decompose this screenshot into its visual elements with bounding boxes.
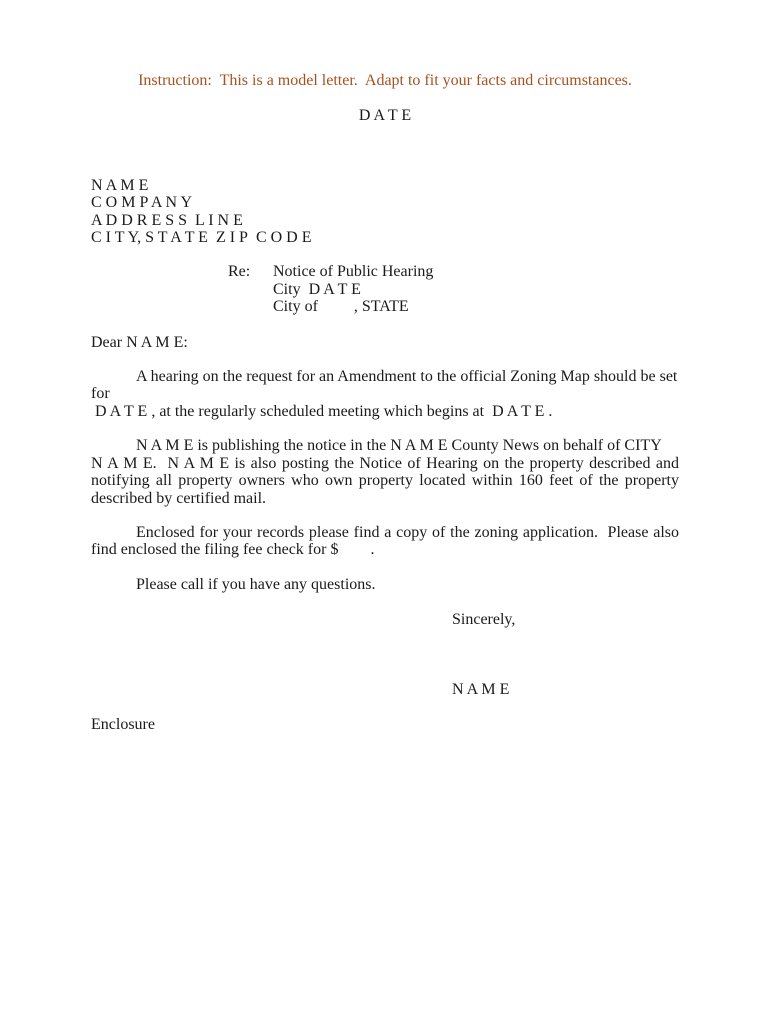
re-spacer	[228, 281, 273, 298]
paragraph-1-line-1: A hearing on the request for an Amendmen…	[91, 368, 677, 402]
valediction: Sincerely,	[452, 611, 679, 628]
recipient-city-state-zip: C I T Y, S T A T E Z I P C O D E	[91, 229, 679, 246]
recipient-address-block: N A M E C O M P A N Y A D D R E S S L I …	[91, 177, 679, 247]
paragraph-2-line-1: N A M E is publishing the notice in the …	[136, 437, 662, 454]
letter-page: Instruction: This is a model letter. Ada…	[0, 0, 770, 1024]
recipient-name: N A M E	[91, 177, 679, 194]
body-paragraph-4: Please call if you have any questions.	[91, 576, 679, 593]
instruction-note: Instruction: This is a model letter. Ada…	[91, 0, 679, 89]
enclosure-notation: Enclosure	[91, 716, 679, 733]
re-label: Re:	[228, 263, 273, 280]
paragraph-1-line-2: D A T E , at the regularly scheduled mee…	[91, 403, 552, 420]
re-subject: Notice of Public Hearing	[273, 263, 679, 280]
recipient-company: C O M P A N Y	[91, 194, 679, 211]
re-date-line: City D A T E	[273, 281, 679, 298]
salutation: Dear N A M E:	[91, 334, 679, 351]
paragraph-2-rest: N A M E. N A M E is also posting the Not…	[91, 455, 679, 507]
body-paragraph-3: Enclosed for your records please find a …	[91, 524, 679, 559]
re-city-state-line: City of , STATE	[273, 298, 679, 315]
body-paragraph-2: N A M E is publishing the notice in the …	[91, 437, 679, 507]
recipient-address-line: A D D R E S S L I N E	[91, 212, 679, 229]
body-paragraph-1: A hearing on the request for an Amendmen…	[91, 368, 679, 420]
re-block: Re: Notice of Public Hearing City D A T …	[228, 263, 679, 315]
signature-name: N A M E	[452, 681, 679, 698]
date-placeholder: D A T E	[91, 107, 679, 124]
re-spacer	[228, 298, 273, 315]
